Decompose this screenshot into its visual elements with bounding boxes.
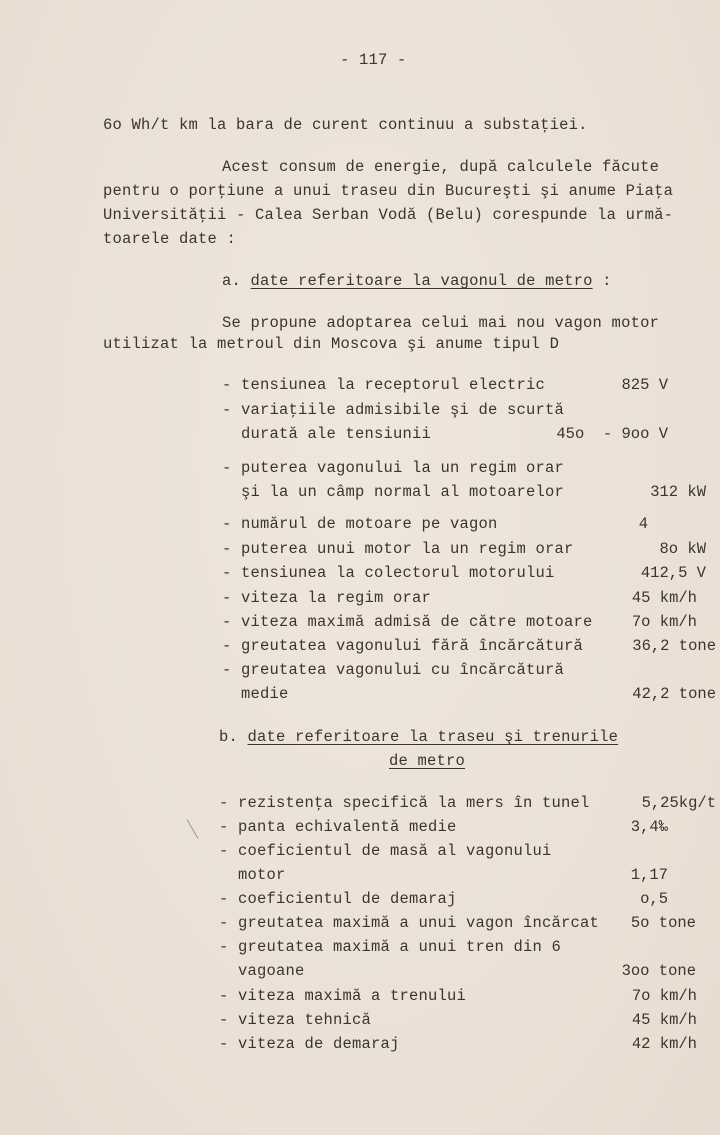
paragraph-line: Se propune adoptarea celui mai nou vagon… [222,313,659,333]
list-item-label: motor [219,865,286,885]
list-item-value: 7o km/h [632,986,697,1006]
list-item-label: - viteza tehnică [219,1010,371,1030]
paragraph-line: Acest consum de energie, după calculele … [222,157,659,177]
list-item-label: - greutatea maximă a unui vagon încărcat [219,913,599,933]
list-item-label: vagoane [219,961,305,981]
list-item-value: 8o kW [659,539,706,559]
list-item-value: 4 [639,514,648,534]
list-item-label: - viteza maximă admisă de către motoare [222,612,593,632]
list-item-label: durată ale tensiunii [222,424,431,444]
list-item-value: 42 km/h [632,1034,697,1054]
section-b-title-cont: de metro [389,751,465,771]
intro-line: 6o Wh/t km la bara de curent continuu a … [103,115,588,135]
section-b-heading: b. date referitoare la traseu şi trenuri… [219,727,618,747]
section-a-heading: a. date referitoare la vagonul de metro … [222,271,612,291]
list-item-label: - numărul de motoare pe vagon [222,514,498,534]
section-a-suffix: : [593,272,612,290]
list-item-value: 3oo tone [622,961,696,981]
list-item-value: 3,4‰ [631,817,668,837]
list-item-label: - tensiunea la colectorul motorului [222,563,555,583]
list-item-label: - coeficientul de demaraj [219,889,457,909]
page-number: - 117 - [340,50,407,70]
list-item-value: 5o tone [631,913,696,933]
document-page: - 117 - 6o Wh/t km la bara de curent con… [0,0,720,1135]
list-item-value: 825 V [621,375,668,395]
list-item-value: 36,2 tone [632,636,716,656]
list-item-label: şi la un câmp normal al motoarelor [222,482,564,502]
paragraph-line: utilizat la metroul din Moscova şi anume… [103,334,559,354]
list-item-value: 312 kW [650,482,706,502]
list-item-label: - greutatea vagonului fără încărcătură [222,636,583,656]
list-item-label: - rezistenţa specifică la mers în tunel [219,793,590,813]
list-item-value: 45o - 9oo V [556,424,668,444]
list-item-label: - variaţiile admisibile şi de scurtă [222,400,564,420]
list-item-label: - coeficientul de masă al vagonului [219,841,552,861]
paragraph-line: Universităţii - Calea Serban Vodă (Belu)… [103,205,673,225]
list-item-label: - greutatea vagonului cu încărcătură [222,660,564,680]
list-item-value: o,5 [640,889,668,909]
paragraph-line: toarele date : [103,229,236,249]
list-item-value: 412,5 V [641,563,706,583]
list-item-value: 42,2 tone [632,684,716,704]
section-a-prefix: a. [222,272,241,290]
list-item-value: 45 km/h [632,1010,697,1030]
list-item-label: - greutatea maximă a unui tren din 6 [219,937,561,957]
list-item-value: 45 km/h [632,588,697,608]
list-item-value: 5,25kg/t [642,793,716,813]
list-item-label: - viteza de demaraj [219,1034,400,1054]
pencil-mark [187,819,199,839]
list-item-label: - viteza la regim orar [222,588,431,608]
list-item-value: 1,17 [631,865,668,885]
list-item-label: - puterea vagonului la un regim orar [222,458,564,478]
list-item-label: medie [222,684,289,704]
paragraph-line: pentru o porţiune a unui traseu din Bucu… [103,181,673,201]
list-item-label: - viteza maximă a trenului [219,986,466,1006]
section-b-title: date referitoare la traseu şi trenurile [248,728,619,746]
section-b-prefix: b. [219,728,238,746]
list-item-value: 7o km/h [632,612,697,632]
section-a-title: date referitoare la vagonul de metro [251,272,593,290]
list-item-label: - panta echivalentă medie [219,817,457,837]
list-item-label: - tensiunea la receptorul electric [222,375,545,395]
list-item-label: - puterea unui motor la un regim orar [222,539,574,559]
